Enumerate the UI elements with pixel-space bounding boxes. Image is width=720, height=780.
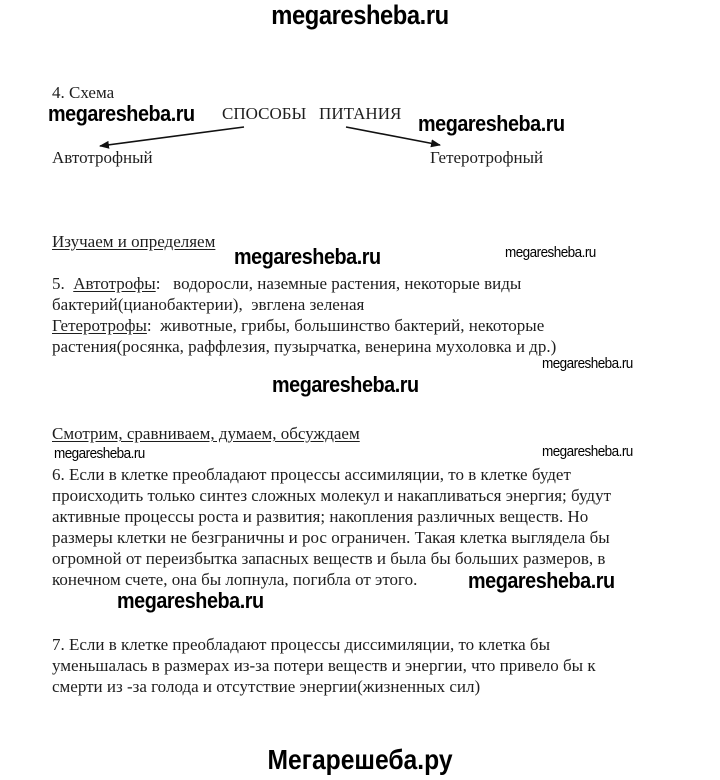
arrow-to-heterotrophic xyxy=(346,127,440,145)
task5-line3: Гетеротрофы: животные, грибы, большинств… xyxy=(52,315,692,336)
watermark-small: megaresheba.ru xyxy=(54,445,145,462)
task6-line: огромной от переизбытка запасных веществ… xyxy=(52,548,692,569)
watermark-small: megaresheba.ru xyxy=(505,244,596,261)
task5: 5. Автотрофы: водоросли, наземные растен… xyxy=(52,273,692,357)
task7-line: 7. Если в клетке преобладают процессы ди… xyxy=(52,634,692,655)
branch-heterotrophic: Гетеротрофный xyxy=(430,147,543,168)
heterotrophs-label: Гетеротрофы xyxy=(52,316,147,335)
task5-number: 5. xyxy=(52,274,65,293)
watermark-bold: megaresheba.ru xyxy=(117,588,264,614)
heterotrophs-text: : животные, грибы, большинство бактерий,… xyxy=(147,316,544,335)
task6-line: активные процессы роста и развития; нако… xyxy=(52,506,692,527)
section-heading-study: Изучаем и определяем xyxy=(52,231,215,252)
watermark-bold: megaresheba.ru xyxy=(234,244,381,270)
section-heading-compare: Смотрим, сравниваем, думаем, обсуждаем xyxy=(52,423,360,444)
watermark-bold: megaresheba.ru xyxy=(468,568,615,594)
task5-line2: бактерий(цианобактерии), эвглена зеленая xyxy=(52,294,692,315)
autotrophs-text: : водоросли, наземные растения, некоторы… xyxy=(156,274,522,293)
watermark-bold: megaresheba.ru xyxy=(272,372,419,398)
branch-autotrophic: Автотрофный xyxy=(52,147,153,168)
watermark-footer: Мегарешеба.ру xyxy=(43,744,677,776)
task6-line: 6. Если в клетке преобладают процессы ас… xyxy=(52,464,692,485)
task7: 7. Если в клетке преобладают процессы ди… xyxy=(52,634,692,697)
autotrophs-label: Автотрофы xyxy=(73,274,155,293)
watermark-small: megaresheba.ru xyxy=(542,443,633,460)
task6-line: происходить только синтез сложных молеку… xyxy=(52,485,692,506)
task7-line: уменьшалась в размерах из-за потери веще… xyxy=(52,655,692,676)
task5-line1: 5. Автотрофы: водоросли, наземные растен… xyxy=(52,273,692,294)
task5-line4: растения(росянка, раффлезия, пузырчатка,… xyxy=(52,336,692,357)
arrow-to-autotrophic xyxy=(100,127,244,146)
watermark-small: megaresheba.ru xyxy=(542,355,633,372)
task6-line: размеры клетки не безграничны и рос огра… xyxy=(52,527,692,548)
task7-line: смерти из -за голода и отсутствие энерги… xyxy=(52,676,692,697)
